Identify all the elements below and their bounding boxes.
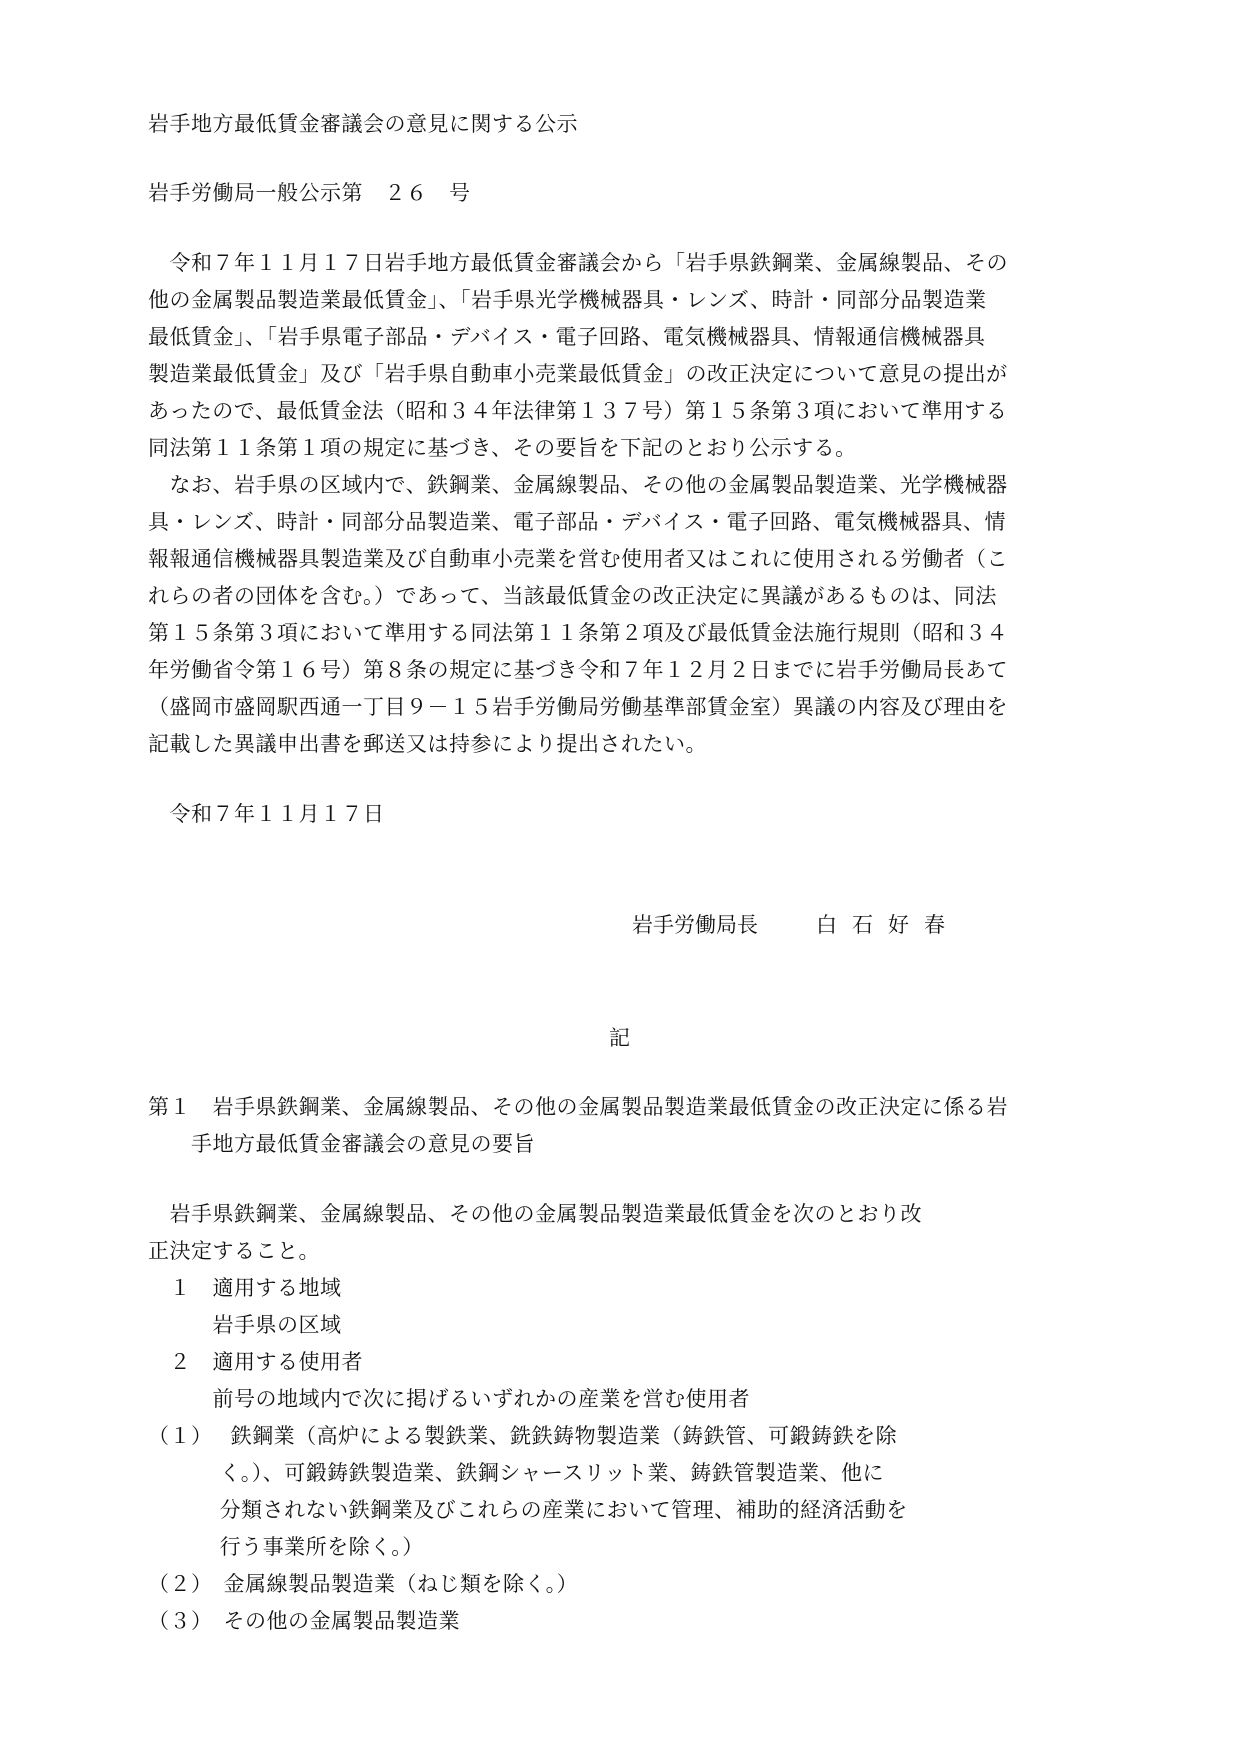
list-item: （３） その他の金属製品製造業: [148, 1607, 460, 1635]
body-line: 最低賃金」、「岩手県電子部品・デバイス・電子回路、電気機械器具、情報通信機械器具: [148, 323, 986, 351]
list-item: 分類されない鉄鋼業及びこれらの産業において管理、補助的経済活動を: [148, 1496, 908, 1524]
body-line: 報報通信機械器具製造業及び自動車小売業を営む使用者又はこれに使用される労働者（こ: [148, 545, 1008, 573]
section-heading: 第１ 岩手県鉄鋼業、金属線製品、その他の金属製品製造業最低賃金の改正決定に係る岩: [148, 1093, 1008, 1121]
body-line: なお、岩手県の区域内で、鉄鋼業、金属線製品、その他の金属製品製造業、光学機械器: [148, 471, 1008, 499]
body-line: 他の金属製品製造業最低賃金」、「岩手県光学機械器具・レンズ、時計・同部分品製造業: [148, 286, 986, 314]
body-line: 記載した異議申出書を郵送又は持参により提出されたい。: [148, 730, 707, 758]
body-line: 同法第１１条第１項の規定に基づき、その要旨を下記のとおり公示する。: [148, 434, 857, 462]
section-intro: 岩手県鉄鋼業、金属線製品、その他の金属製品製造業最低賃金を次のとおり改: [148, 1200, 922, 1228]
list-item: （１） 鉄鋼業（高炉による製鉄業、銑鉄鋳物製造業（鋳鉄管、可鍛鋳鉄を除: [148, 1422, 897, 1450]
section-heading: 手地方最低賃金審議会の意見の要旨: [148, 1130, 535, 1158]
signatory-name: 白石好春: [816, 911, 960, 939]
body-line: 第１５条第３項において準用する同法第１１条第２項及び最低賃金法施行規則（昭和３４: [148, 619, 1008, 647]
issue-date: 令和７年１１月１７日: [148, 800, 385, 828]
body-line: 製造業最低賃金」及び「岩手県自動車小売業最低賃金」の改正決定について意見の提出が: [148, 360, 1008, 388]
body-line: 具・レンズ、時計・同部分品製造業、電子部品・デバイス・電子回路、電気機械器具、情: [148, 508, 1006, 536]
list-item: １ 適用する地域: [148, 1274, 342, 1302]
body-line: 年労働省令第１６号）第８条の規定に基づき令和７年１２月２日までに岩手労働局長あて: [148, 656, 1008, 684]
body-line: あったので、最低賃金法（昭和３４年法律第１３７号）第１５条第３項において準用する: [148, 397, 1007, 425]
list-item: 行う事業所を除く。）: [148, 1533, 424, 1561]
body-line: （盛岡市盛岡駅西通一丁目９－１５岩手労働局労働基準部賃金室）異議の内容及び理由を: [148, 693, 1008, 721]
document-title: 岩手地方最低賃金審議会の意見に関する公示: [148, 110, 578, 138]
section-intro: 正決定すること。: [148, 1237, 320, 1265]
notice-number: 岩手労働局一般公示第 ２６ 号: [148, 179, 471, 207]
list-item: ２ 適用する使用者: [148, 1348, 363, 1376]
list-item: （２） 金属線製品製造業（ねじ類を除く。）: [148, 1570, 578, 1598]
list-item: 前号の地域内で次に掲げるいずれかの産業を営む使用者: [148, 1385, 750, 1413]
list-item: く。）、可鍛鋳鉄製造業、鉄鋼シャースリット業、鋳鉄管製造業、他に: [148, 1459, 884, 1487]
signature-block: 岩手労働局長白石好春: [632, 911, 960, 939]
body-line: 令和７年１１月１７日岩手地方最低賃金審議会から「岩手県鉄鋼業、金属線製品、その: [148, 249, 1008, 277]
document-page: 岩手地方最低賃金審議会の意見に関する公示 岩手労働局一般公示第 ２６ 号 令和７…: [0, 0, 1239, 1754]
ki-heading: 記: [609, 1024, 630, 1052]
signatory-title: 岩手労働局長: [632, 913, 758, 937]
body-line: れらの者の団体を含む。）であって、当該最低賃金の改正決定に異議があるものは、同法: [148, 582, 997, 610]
list-item: 岩手県の区域: [148, 1311, 342, 1339]
